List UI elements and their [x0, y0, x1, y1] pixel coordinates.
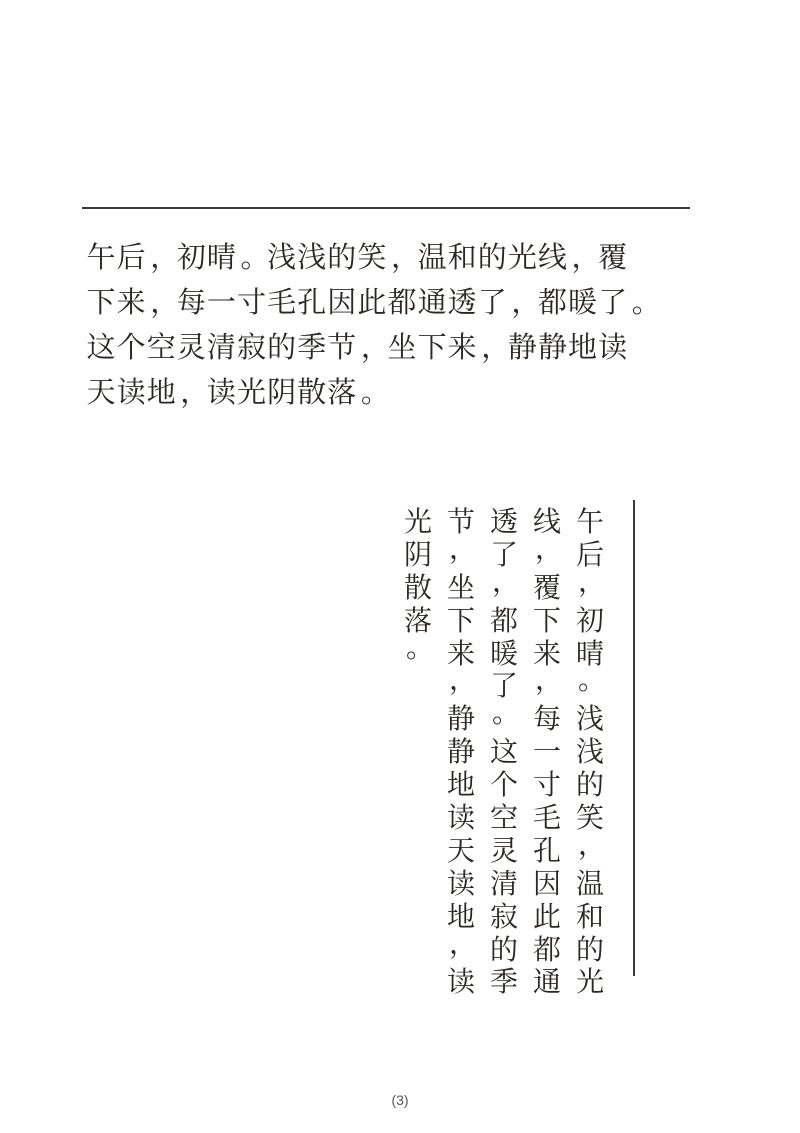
- text-char: 的: [488, 934, 520, 967]
- text-char: 此: [357, 280, 387, 325]
- text-char: 散: [297, 370, 327, 415]
- text-char: 都: [488, 605, 520, 638]
- punctuation-char: ，: [531, 670, 563, 703]
- text-char: 下: [86, 280, 116, 325]
- text-char: 天: [86, 370, 116, 415]
- text-char: 寂: [236, 325, 266, 370]
- text-char: 浅: [574, 703, 606, 736]
- text-char: 了: [598, 280, 628, 325]
- text-char: 温: [417, 235, 447, 280]
- punctuation-char: 。: [357, 370, 387, 415]
- punctuation-char: ，: [445, 934, 477, 967]
- text-char: 一: [531, 736, 563, 769]
- text-char: 光: [402, 506, 434, 539]
- text-char: 浅: [267, 235, 297, 280]
- text-char: 季: [488, 966, 520, 999]
- text-char: 了: [477, 280, 507, 325]
- punctuation-char: ，: [387, 235, 417, 280]
- text-char: 清: [488, 868, 520, 901]
- text-char: 一: [206, 280, 236, 325]
- text-char: 毛: [267, 280, 297, 325]
- text-char: 初: [176, 235, 206, 280]
- text-char: 个: [488, 769, 520, 802]
- text-char: 覆: [598, 235, 628, 280]
- text-char: 和: [447, 235, 477, 280]
- text-char: 落: [327, 370, 357, 415]
- text-char: 坐: [445, 572, 477, 605]
- text-char: 通: [417, 280, 447, 325]
- page-number: (3): [0, 1092, 800, 1108]
- vertical-column-1: 午后，初晴。浅浅的笑，温和的光: [574, 506, 606, 999]
- text-char: 清: [206, 325, 236, 370]
- text-char: 来: [116, 280, 146, 325]
- punctuation-char: ，: [477, 325, 507, 370]
- text-char: 季: [297, 325, 327, 370]
- text-char: 下: [531, 605, 563, 638]
- text-char: 空: [146, 325, 176, 370]
- horizontal-passage: 午后，初晴。浅浅的笑，温和的光线，覆 下来，每一寸毛孔因此都通透了，都暖了。 这…: [86, 235, 726, 415]
- text-char: 线: [537, 235, 567, 280]
- text-char: 通: [531, 966, 563, 999]
- text-char: 读: [598, 325, 628, 370]
- text-char: 空: [488, 802, 520, 835]
- text-char: 下: [445, 605, 477, 638]
- text-char: 读: [116, 370, 146, 415]
- vertical-column-5: 光阴散落。: [402, 506, 434, 670]
- text-char: 的: [327, 235, 357, 280]
- text-char: 地: [568, 325, 598, 370]
- text-char: 地: [445, 769, 477, 802]
- text-char: 灵: [488, 835, 520, 868]
- punctuation-char: 。: [488, 703, 520, 736]
- vertical-passage: 午后，初晴。浅浅的笑，温和的光 线，覆下来，每一寸毛孔因此都通 透了，都暖了。这…: [392, 506, 632, 1006]
- text-char: 寸: [236, 280, 266, 325]
- text-char: 下: [417, 325, 447, 370]
- text-char: 读: [445, 802, 477, 835]
- text-char: 阴: [267, 370, 297, 415]
- punctuation-char: 。: [236, 235, 266, 280]
- text-char: 每: [531, 703, 563, 736]
- vertical-column-4: 节，坐下来，静静地读天读地，读: [445, 506, 477, 999]
- text-char: 透: [488, 506, 520, 539]
- text-char: 光: [236, 370, 266, 415]
- text-char: 寂: [488, 901, 520, 934]
- text-char: 浅: [574, 736, 606, 769]
- punctuation-char: ，: [445, 670, 477, 703]
- text-char: 灵: [176, 325, 206, 370]
- text-char: 读: [206, 370, 236, 415]
- text-char: 因: [531, 868, 563, 901]
- text-char: 读: [445, 966, 477, 999]
- text-char: 天: [445, 835, 477, 868]
- punctuation-char: 。: [402, 638, 434, 671]
- text-char: 都: [537, 280, 567, 325]
- text-char: 浅: [297, 235, 327, 280]
- punctuation-char: ，: [574, 572, 606, 605]
- text-char: 光: [507, 235, 537, 280]
- text-char: 温: [574, 868, 606, 901]
- punctuation-char: 。: [628, 280, 658, 325]
- text-char: 的: [574, 934, 606, 967]
- text-char: 读: [445, 868, 477, 901]
- text-char: 晴: [206, 235, 236, 280]
- text-char: 覆: [531, 572, 563, 605]
- text-char: 静: [445, 736, 477, 769]
- text-char: 光: [574, 966, 606, 999]
- text-char: 坐: [387, 325, 417, 370]
- text-char: 透: [447, 280, 477, 325]
- punctuation-char: ，: [445, 539, 477, 572]
- vertical-rule: [633, 500, 635, 976]
- text-char: 的: [477, 235, 507, 280]
- text-char: 静: [537, 325, 567, 370]
- horizontal-line-1: 午后，初晴。浅浅的笑，温和的光线，覆: [86, 235, 726, 280]
- horizontal-line-4: 天读地，读光阴散落。: [86, 370, 726, 415]
- text-char: 孔: [531, 835, 563, 868]
- text-char: 孔: [297, 280, 327, 325]
- text-char: 暖: [488, 638, 520, 671]
- text-char: 散: [402, 572, 434, 605]
- text-char: 暖: [568, 280, 598, 325]
- text-char: 来: [447, 325, 477, 370]
- vertical-column-3: 透了，都暖了。这个空灵清寂的季: [488, 506, 520, 999]
- text-char: 这: [488, 736, 520, 769]
- horizontal-line-2: 下来，每一寸毛孔因此都通透了，都暖了。: [86, 280, 726, 325]
- text-char: 此: [531, 901, 563, 934]
- punctuation-char: ，: [176, 370, 206, 415]
- text-char: 的: [267, 325, 297, 370]
- text-char: 地: [146, 370, 176, 415]
- text-char: 静: [507, 325, 537, 370]
- horizontal-line-3: 这个空灵清寂的季节，坐下来，静静地读: [86, 325, 726, 370]
- text-char: 节: [327, 325, 357, 370]
- punctuation-char: ，: [574, 835, 606, 868]
- text-char: 这: [86, 325, 116, 370]
- punctuation-char: ，: [568, 235, 598, 280]
- punctuation-char: ，: [507, 280, 537, 325]
- punctuation-char: 。: [574, 670, 606, 703]
- text-char: 笑: [357, 235, 387, 280]
- text-char: 后: [116, 235, 146, 280]
- text-char: 阴: [402, 539, 434, 572]
- text-char: 因: [327, 280, 357, 325]
- text-char: 初: [574, 605, 606, 638]
- text-char: 都: [531, 934, 563, 967]
- punctuation-char: ，: [531, 539, 563, 572]
- punctuation-char: ，: [146, 280, 176, 325]
- text-char: 静: [445, 703, 477, 736]
- text-char: 每: [176, 280, 206, 325]
- text-char: 寸: [531, 769, 563, 802]
- punctuation-char: ，: [357, 325, 387, 370]
- text-char: 毛: [531, 802, 563, 835]
- text-char: 和: [574, 901, 606, 934]
- text-char: 午: [86, 235, 116, 280]
- top-horizontal-rule: [82, 207, 690, 209]
- text-char: 都: [387, 280, 417, 325]
- punctuation-char: ，: [146, 235, 176, 280]
- text-char: 个: [116, 325, 146, 370]
- text-char: 的: [574, 769, 606, 802]
- vertical-column-2: 线，覆下来，每一寸毛孔因此都通: [531, 506, 563, 999]
- punctuation-char: ，: [488, 572, 520, 605]
- text-char: 午: [574, 506, 606, 539]
